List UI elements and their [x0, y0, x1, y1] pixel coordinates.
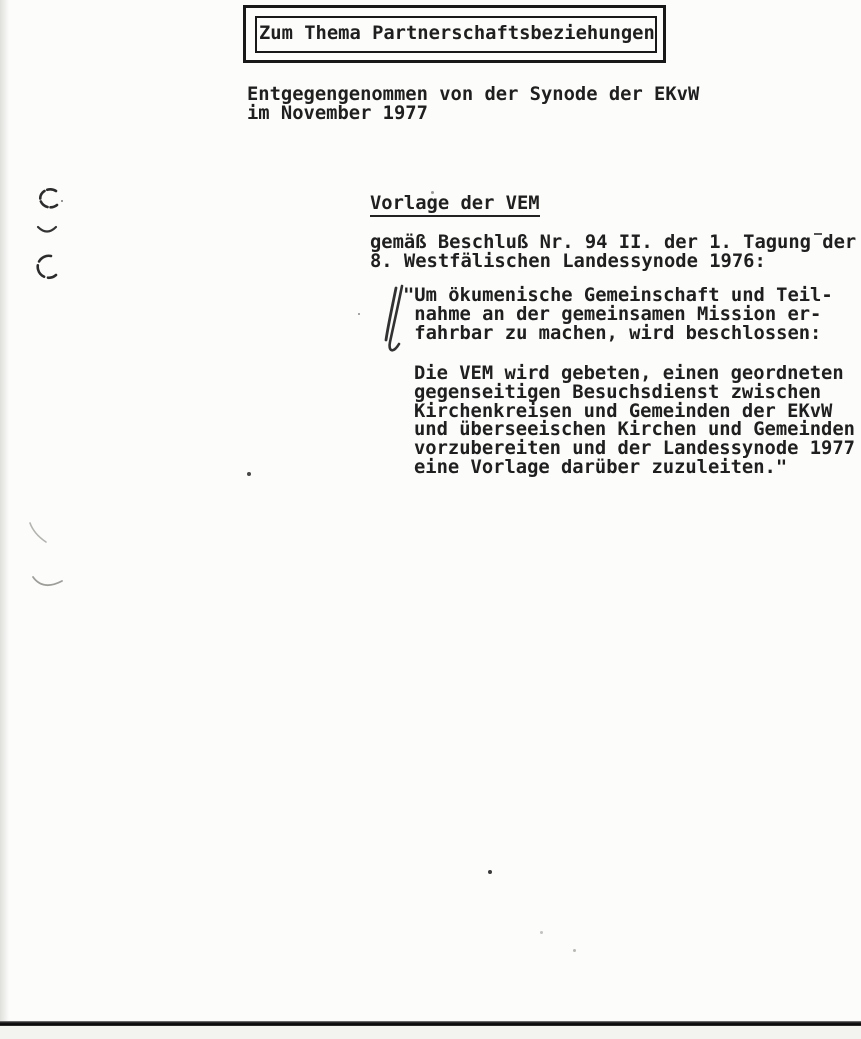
scan-speckle [573, 949, 576, 952]
hole-punch-marks [20, 178, 80, 608]
scan-speckle [431, 191, 434, 194]
scan-speckle [358, 313, 360, 315]
scan-speckle [540, 931, 543, 934]
scan-speckle [488, 870, 492, 874]
title-box: Zum Thema Partnerschaftsbeziehungen [243, 5, 666, 63]
document-title: Zum Thema Partnerschaftsbeziehungen [255, 16, 657, 53]
scan-speckle [247, 472, 251, 476]
scan-bottom-strip [0, 1026, 861, 1039]
received-note: Entgegengenommen von der Synode der EKvW… [247, 85, 699, 123]
section-heading: Vorlage der VEM [370, 195, 540, 217]
quote-body: Die VEM wird gebeten, einen geordneten g… [414, 365, 855, 478]
scan-left-edge-shadow [0, 0, 9, 1039]
intro-paragraph: gemäß Beschluß Nr. 94 II. der 1. Tagung … [370, 234, 856, 272]
quote-intro: "Um ökumenische Gemeinschaft und Teil- n… [403, 287, 833, 343]
scan-speckle-dash [814, 233, 822, 235]
scanned-document-page: Zum Thema Partnerschaftsbeziehungen Entg… [0, 0, 861, 1039]
